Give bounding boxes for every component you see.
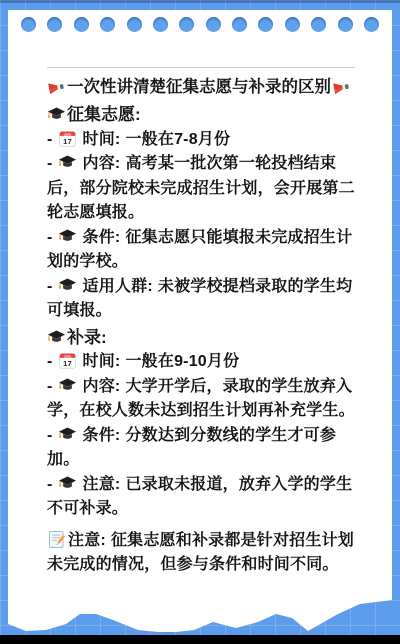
divider-line [47,67,355,68]
bullet-dash: - [47,131,53,148]
note-section: 补录: -July17时间:一般在9-10月份 -内容:大学开学后，录取的学生放… [47,326,355,522]
title-text: 一次性讲清楚征集志愿与补录的区别 [67,74,331,100]
bullet-dash: - [47,427,53,444]
note-paper: 一次性讲清楚征集志愿与补录的区别 征集志愿: -July17时间:一般在7-8月… [8,10,392,632]
section-items: -July17时间:一般在9-10月份 -内容:大学开学后，录取的学生放弃入学，… [47,350,355,522]
item-label: 条件: [83,229,121,246]
item-label: 条件: [83,427,121,444]
svg-text:July: July [63,354,71,358]
graduation-cap-icon [58,425,77,444]
list-item: -July17时间:一般在9-10月份 [47,350,355,375]
bullet-dash: - [47,353,53,370]
note-card: 一次性讲清楚征集志愿与补录的区别 征集志愿: -July17时间:一般在7-8月… [0,0,400,644]
section-title: 征集志愿: [67,105,141,124]
list-item: -内容:大学开学后，录取的学生放弃入学，在校人数未达到招生计划再补充学生。 [47,375,355,424]
item-label: 时间: [83,353,121,370]
section-header: 补录: [47,326,355,351]
note-title: 一次性讲清楚征集志愿与补录的区别 [47,74,355,100]
graduation-cap-icon [58,227,77,246]
bullet-dash: - [47,155,53,172]
sections-container: 征集志愿: -July17时间:一般在7-8月份 -内容:高考某一批次第一轮投档… [47,103,355,522]
note-content: 一次性讲清楚征集志愿与补录的区别 征集志愿: -July17时间:一般在7-8月… [8,10,392,578]
graduation-cap-icon [58,153,77,172]
bullet-dash: - [47,278,53,295]
footer-note: 注意:征集志愿和补录都是针对招生计划未完成的情况，但参与条件和时间不同。 [47,529,355,578]
item-text: 一般在9-10月份 [125,353,239,370]
list-item: -适用人群:未被学校提档录取的学生均可填报。 [47,275,355,324]
item-label: 注意: [83,476,121,493]
note-section: 征集志愿: -July17时间:一般在7-8月份 -内容:高考某一批次第一轮投档… [47,103,355,324]
footer-note-label: 注意: [68,532,106,549]
graduation-cap-icon [58,376,77,395]
bullet-dash: - [47,378,53,395]
list-item: -July17时间:一般在7-8月份 [47,128,355,153]
calendar-icon: July17 [58,129,77,148]
graduation-cap-icon [58,474,77,493]
list-item: -条件:征集志愿只能填报未完成招生计划的学校。 [47,226,355,275]
calendar-icon: July17 [58,351,77,370]
memo-icon [47,530,66,549]
item-label: 内容: [83,378,121,395]
svg-text:17: 17 [63,137,72,146]
graduation-cap-icon [58,276,77,295]
bullet-dash: - [47,229,53,246]
graduation-cap-icon [47,328,66,347]
svg-text:July: July [63,132,71,136]
list-item: -内容:高考某一批次第一轮投档结束后，部分院校未完成招生计划，会开展第二轮志愿填… [47,152,355,226]
top-edge-strip [0,0,400,3]
list-item: -注意:已录取未报道，放弃入学的学生不可补录。 [47,473,355,522]
megaphone-icon [332,78,351,97]
section-items: -July17时间:一般在7-8月份 -内容:高考某一批次第一轮投档结束后，部分… [47,128,355,324]
section-header: 征集志愿: [47,103,355,128]
graduation-cap-icon [47,105,66,124]
section-title: 补录: [67,328,107,347]
item-label: 内容: [83,155,121,172]
bottom-bar [0,635,400,644]
item-label: 时间: [83,131,121,148]
list-item: -条件:分数达到分数线的学生才可参加。 [47,424,355,473]
bullet-dash: - [47,476,53,493]
item-label: 适用人群: [83,278,153,295]
megaphone-icon [47,78,66,97]
item-text: 一般在7-8月份 [125,131,230,148]
svg-text:17: 17 [63,359,72,368]
